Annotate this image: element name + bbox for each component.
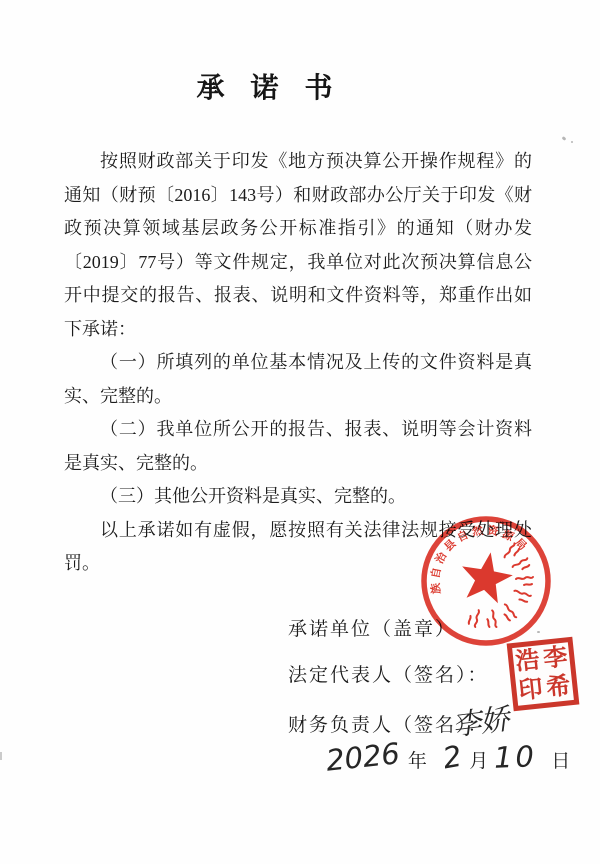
finance-signature-handwriting: 李娇 — [450, 697, 511, 745]
body-line: 通知（财预〔2016〕143号）和财政部办公厅关于印发《财 — [64, 179, 532, 213]
body-line: 按照财政部关于印发《地方预决算公开操作规程》的 — [64, 145, 532, 179]
date-year-handwritten: 2026 — [325, 738, 402, 776]
name-seal-char: 浩 — [512, 645, 543, 677]
scan-speck — [537, 631, 540, 633]
body-line: 〔2019〕77号）等文件规定，我单位对此次预决算信息公 — [64, 246, 532, 280]
name-seal-char: 李 — [540, 642, 571, 674]
body-line: 开中提交的报告、报表、说明和文件资料等，郑重作出如 — [64, 279, 532, 313]
official-round-seal: 族自治县自然资源局 — [419, 514, 559, 654]
body-line: 下承诺： — [64, 313, 532, 347]
body-line: （二）我单位所公开的报告、报表、说明等会计资料 — [64, 413, 532, 447]
scan-speck — [571, 141, 573, 143]
name-seal-char: 希 — [543, 671, 574, 703]
date-year-unit: 年 — [408, 746, 427, 773]
body-line: 是真实、完整的。 — [64, 447, 532, 481]
document-page: 承诺书 按照财政部关于印发《地方预决算公开操作规程》的 通知（财预〔2016〕1… — [0, 0, 600, 864]
body-line: 政预决算领域基层政务公开标准指引》的通知（财办发 — [64, 212, 532, 246]
seal-star-icon — [457, 548, 516, 605]
body-line: 实、完整的。 — [64, 380, 532, 414]
body-line: （三）其他公开资料是真实、完整的。 — [64, 480, 532, 514]
date-day-handwritten: 10 — [494, 741, 538, 772]
date-month-unit: 月 — [469, 746, 488, 773]
date-line: 2026 年 2 月 10 日 — [326, 742, 576, 773]
legal-rep-label: 法定代表人（签名）： — [288, 660, 489, 687]
body-line: （一）所填列的单位基本情况及上传的文件资料是真 — [64, 346, 532, 380]
personal-name-seal: 浩 李 印 希 — [507, 637, 580, 712]
name-seal-char: 印 — [515, 674, 546, 706]
page-title: 承诺书 — [0, 66, 555, 106]
date-month-handwritten: 2 — [440, 741, 463, 774]
scan-speck — [0, 752, 2, 760]
date-day-unit: 日 — [551, 746, 570, 773]
scan-speck — [562, 136, 567, 141]
